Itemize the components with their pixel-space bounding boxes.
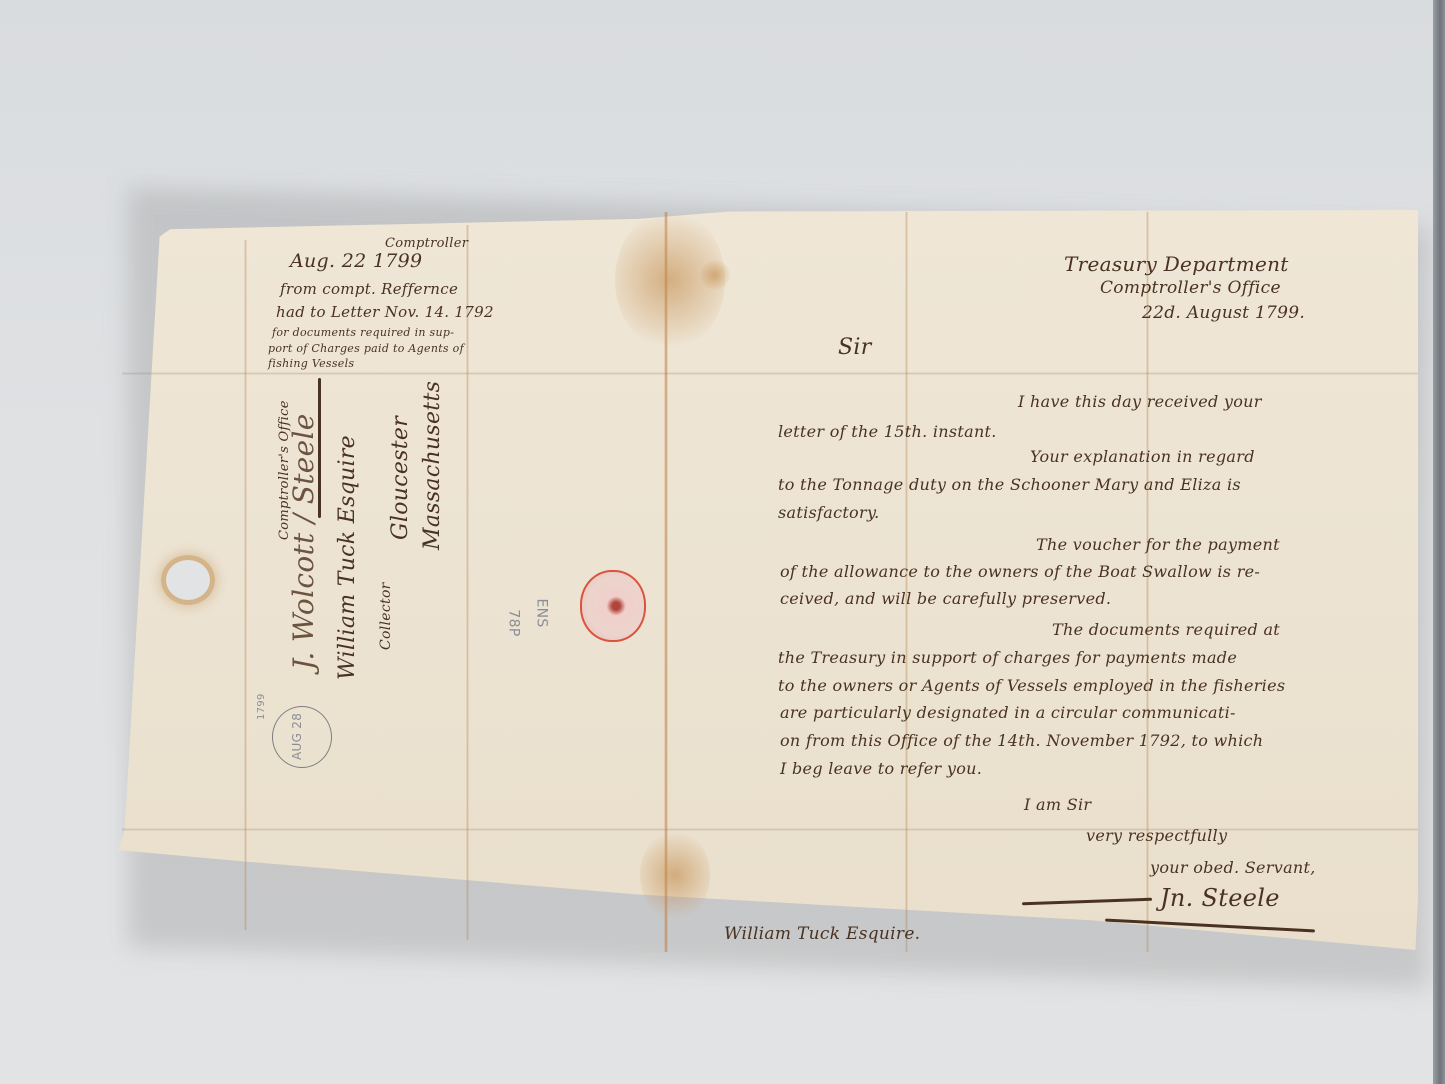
letter-line: letter of the 15th. instant. (778, 422, 997, 441)
docket-annotation: Comptroller (385, 236, 468, 251)
docket-date: Aug. 22 1799 (290, 250, 422, 272)
letter-line: of the allowance to the owners of the Bo… (780, 562, 1260, 581)
letter-line: to the owners or Agents of Vessels emplo… (778, 676, 1285, 695)
letter-line: The voucher for the payment (1036, 535, 1280, 554)
addressee-state: Massachusetts (420, 381, 445, 550)
letter-line: are particularly designated in a circula… (780, 703, 1236, 722)
docket-line: for documents required in sup- (272, 326, 454, 339)
letter-heading: Treasury Department (1064, 252, 1289, 276)
letter-line: to the Tonnage duty on the Schooner Mary… (778, 475, 1241, 494)
water-stain (700, 260, 730, 290)
docket-line: had to Letter Nov. 14. 1792 (276, 303, 494, 321)
letter-recipient: William Tuck Esquire. (724, 924, 920, 944)
pencil-note-top: ENS (534, 598, 550, 627)
letter-line: the Treasury in support of charges for p… (778, 648, 1237, 667)
docket-line: fishing Vessels (268, 357, 354, 370)
letter-line: I beg leave to refer you. (780, 759, 982, 778)
water-stain (640, 830, 710, 920)
letter-office: Comptroller's Office (1100, 278, 1281, 298)
letter-signature: Jn. Steele (1160, 884, 1280, 912)
addressee-name: William Tuck Esquire (335, 435, 360, 680)
docket-line: port of Charges paid to Agents of (268, 342, 464, 355)
letter-date: 22d. August 1799. (1142, 303, 1305, 323)
display-frame-edge (1433, 0, 1445, 1084)
frank-underline (318, 378, 321, 518)
addressee-title: Collector (378, 582, 394, 650)
pencil-note-bottom: 78P (506, 609, 522, 636)
letter-line: The documents required at (1052, 620, 1280, 639)
postmark-year: 1799 (256, 693, 267, 720)
postmark-text: AUG 28 (290, 713, 304, 760)
letter-line: Your explanation in regard (1030, 447, 1255, 466)
letter-salutation: Sir (838, 335, 872, 360)
frank-signature: J. Wolcott / Steele (287, 413, 320, 670)
letter-line: on from this Office of the 14th. Novembe… (780, 731, 1263, 750)
letter-line: I have this day received your (1018, 392, 1262, 411)
letter-line: ceived, and will be carefully preserved. (780, 589, 1111, 608)
seal-hole (166, 560, 210, 600)
letter-closing: your obed. Servant, (1150, 858, 1316, 877)
letter-line: satisfactory. (778, 503, 880, 522)
wax-seal (580, 570, 646, 642)
letter-closing: very respectfully (1086, 826, 1227, 845)
addressee-city: Gloucester (388, 416, 413, 540)
letter-closing: I am Sir (1024, 795, 1091, 814)
docket-line: from compt. Reffernce (280, 280, 458, 298)
